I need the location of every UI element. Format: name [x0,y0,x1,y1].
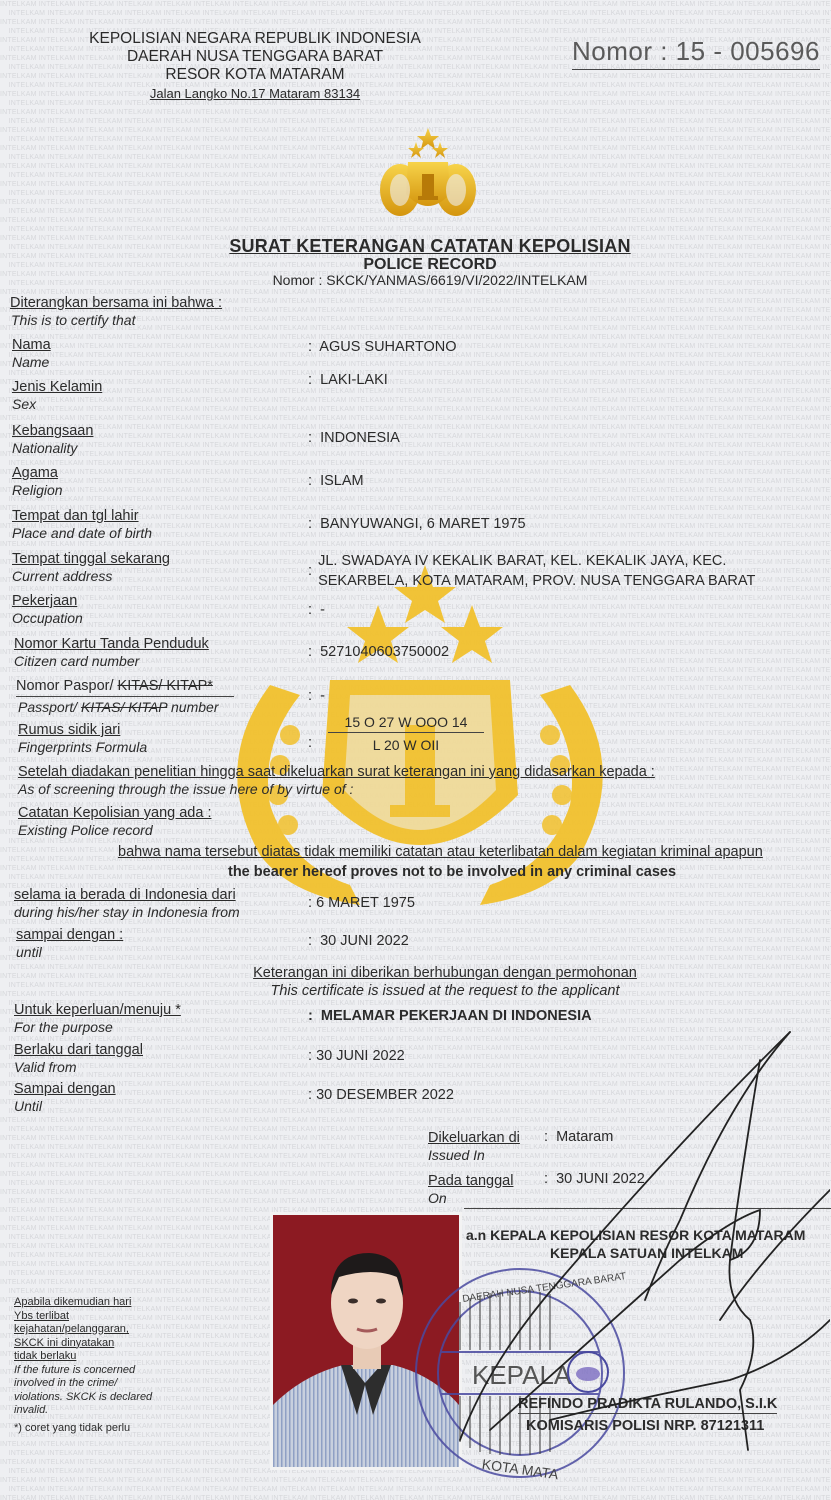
document-title-block: SURAT KETERANGAN CATATAN KEPOLISIAN POLI… [180,236,680,288]
svg-text:KOTA MATA: KOTA MATA [481,1456,560,1483]
document-title: SURAT KETERANGAN CATATAN KEPOLISIAN [180,236,680,257]
header-line-2: DAERAH NUSA TENGGARA BARAT [40,48,470,66]
field-name-label: Nama Name [12,337,51,371]
stay-from-value: : 6 MARET 1975 [308,893,415,913]
field-address-value: : JL. SWADAYA IV KEKALIK BARAT, KEL. KEK… [308,551,755,591]
valid-until-label: Sampai dengan Until [14,1081,116,1115]
signatory-rank-nrp: KOMISARIS POLISI NRP. 87121311 [526,1418,764,1434]
document-number: Nomor : SKCK/YANMAS/6619/VI/2022/INTELKA… [180,273,680,288]
signatory-divider [464,1208,831,1209]
field-occupation-value: : - [308,600,325,620]
signatory-office: a.n KEPALA KEPOLISIAN RESOR KOTA MATARAM [466,1227,805,1243]
field-religion-value: : ISLAM [308,471,364,491]
fingerprint-colon: : [308,733,312,753]
field-name-value: : AGUS SUHARTONO [308,337,457,357]
field-birth-label: Tempat dan tgl lahir Place and date of b… [12,508,152,542]
issued-date-label: Pada tanggal On [428,1173,513,1207]
field-passport-label: Nomor Paspor/ KITAS/ KITAP* Passport/ KI… [16,678,234,716]
field-occupation-label: Pekerjaan Occupation [12,593,83,627]
official-stamp-icon: KEPALA DAERAH NUSA TENGGARA BARAT KOTA M… [410,1262,630,1484]
signatory-name: REFINDO PRADIKTA RULANDO, S.I.K [518,1396,777,1414]
purpose-label: Untuk keperluan/menuju * For the purpose [14,1002,181,1036]
record-statement-id: bahwa nama tersebut diatas tidak memilik… [118,844,763,860]
signatory-unit: KEPALA SATUAN INTELKAM [550,1245,743,1261]
request-statement: Keterangan ini diberikan berhubungan den… [230,964,660,1000]
field-nationality-value: : INDONESIA [308,428,400,448]
field-nationality-label: Kebangsaan Nationality [12,423,93,457]
issued-place-label: Dikeluarkan di Issued In [428,1130,520,1164]
issued-place-value: : Mataram [544,1127,613,1147]
record-statement-en: the bearer hereof proves not to be invol… [228,864,676,880]
field-ktp-label: Nomor Kartu Tanda Penduduk Citizen card … [14,636,209,670]
header-line-1: KEPOLISIAN NEGARA REPUBLIK INDONESIA [40,30,470,48]
document-subtitle: POLICE RECORD [180,256,680,273]
header-line-3: RESOR KOTA MATARAM [40,66,470,84]
field-religion-label: Agama Religion [12,465,63,499]
intro-label: Diterangkan bersama ini bahwa : This is … [10,295,222,329]
field-fingerprint-label: Rumus sidik jari Fingerprints Formula [18,722,147,756]
fingerprint-denominator: L 20 W OII [328,733,484,753]
footnote-block: Apabila dikemudian hari Ybs terlibat kej… [14,1296,152,1435]
stay-until-value: : 30 JUNI 2022 [308,931,409,951]
field-address-label: Tempat tinggal sekarang Current address [12,551,170,585]
field-passport-value: : - [308,686,325,706]
issued-date-value: : 30 JUNI 2022 [544,1169,645,1189]
field-sex-label: Jenis Kelamin Sex [12,379,102,413]
purpose-value: : MELAMAR PEKERJAAN DI INDONESIA [308,1006,592,1026]
stay-until-label: sampai dengan : until [16,927,123,961]
field-sex-value: : LAKI-LAKI [308,370,388,390]
police-crest-icon [376,128,480,222]
fingerprint-formula: 15 O 27 W OOO 14 L 20 W OII [328,714,484,753]
valid-from-label: Berlaku dari tanggal Valid from [14,1042,143,1076]
valid-until-value: : 30 DESEMBER 2022 [308,1085,454,1105]
stay-from-label: selama ia berada di Indonesia dari durin… [14,887,240,921]
valid-from-value: : 30 JUNI 2022 [308,1046,405,1066]
institution-header: KEPOLISIAN NEGARA REPUBLIK INDONESIA DAE… [40,30,470,103]
field-birth-value: : BANYUWANGI, 6 MARET 1975 [308,514,526,534]
screening-text: Setelah diadakan penelitian hingga saat … [18,764,655,798]
field-ktp-value: : 5271040603750002 [308,642,449,662]
record-label: Catatan Kepolisian yang ada : Existing P… [18,805,211,839]
svg-text:KEPALA: KEPALA [472,1360,572,1390]
fingerprint-numerator: 15 O 27 W OOO 14 [328,714,484,733]
serial-number: Nomor : 15 - 005696 [572,36,820,70]
svg-text:DAERAH NUSA TENGGARA BARAT: DAERAH NUSA TENGGARA BARAT [462,1271,627,1305]
header-address: Jalan Langko No.17 Mataram 83134 [40,85,470,103]
